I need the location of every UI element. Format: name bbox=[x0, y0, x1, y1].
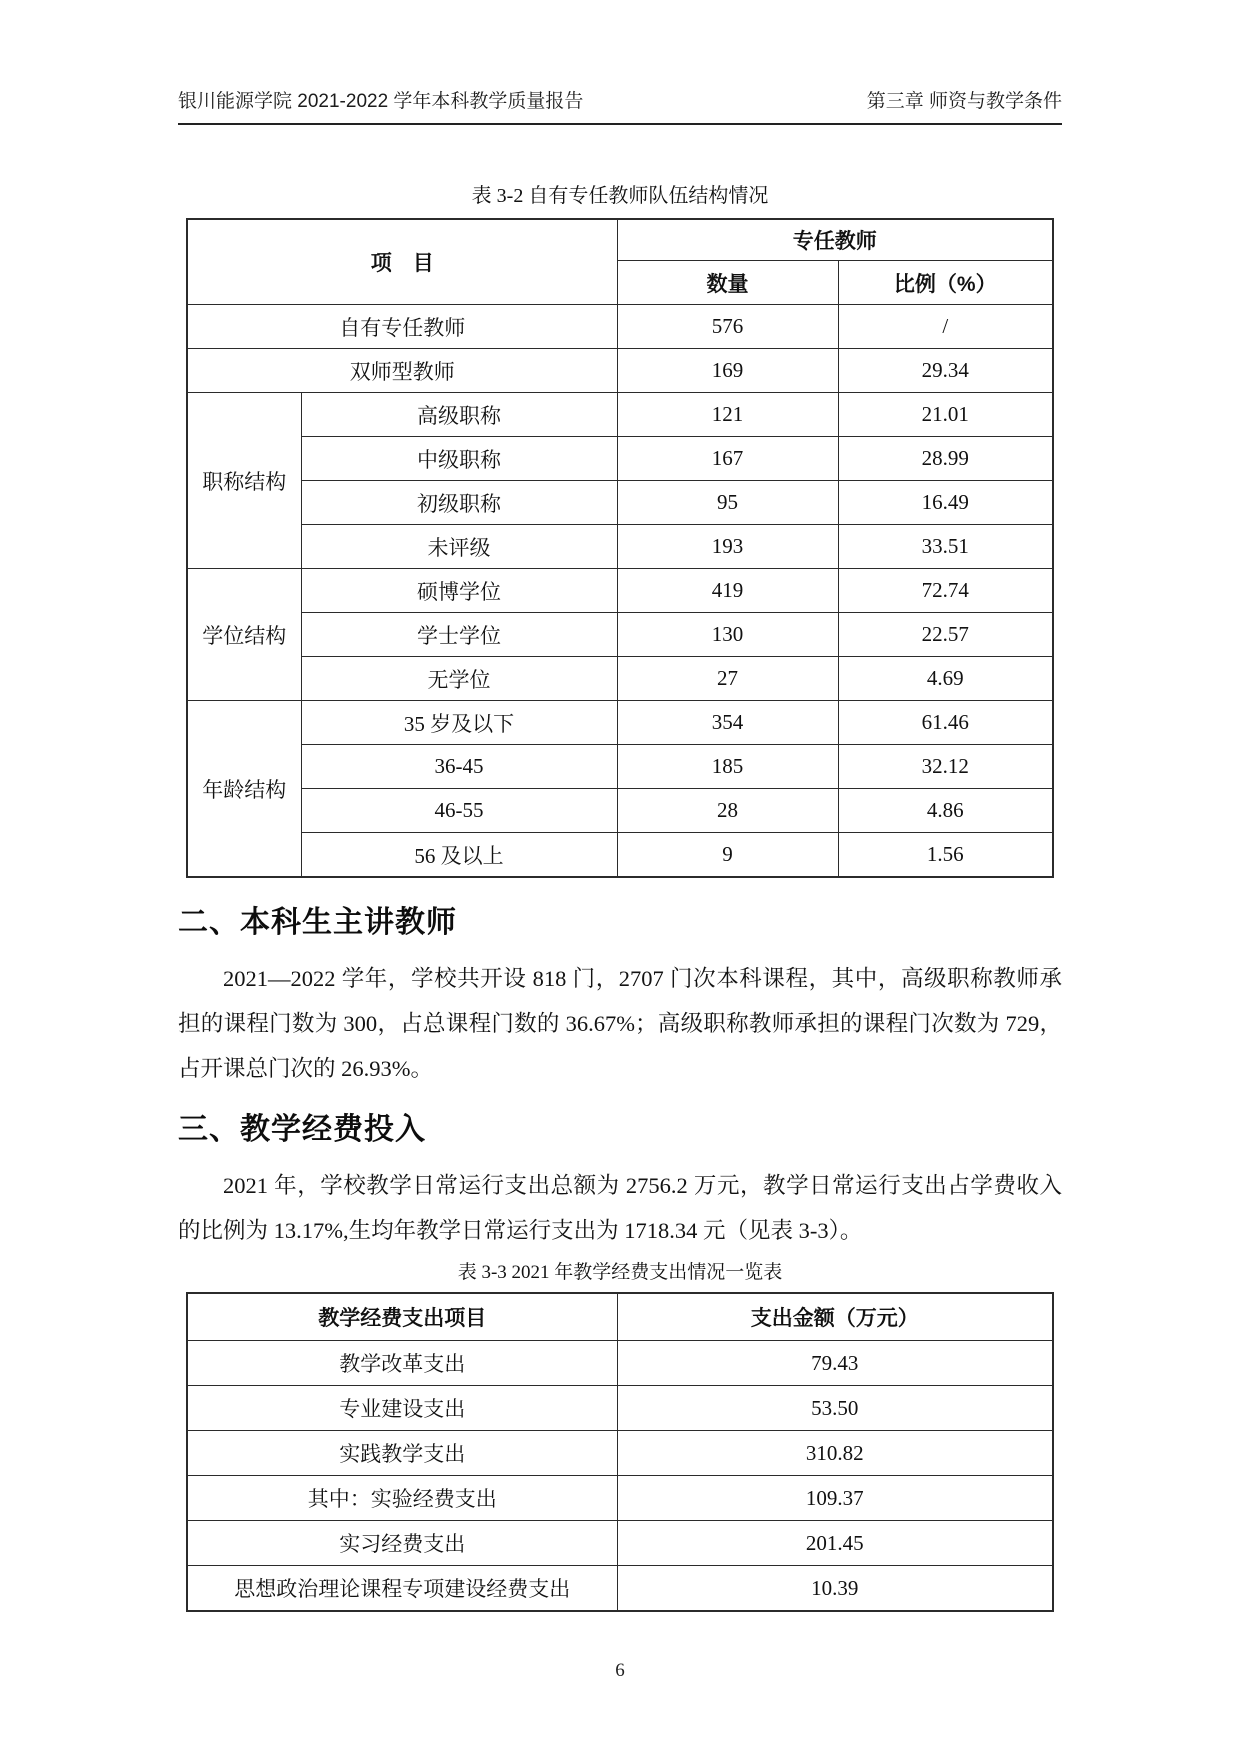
table-row: 初级职称 95 16.49 bbox=[187, 481, 1053, 525]
t32-cell-label: 35 岁及以下 bbox=[301, 701, 617, 745]
table-row: 46-55 28 4.86 bbox=[187, 789, 1053, 833]
table-row: 学士学位 130 22.57 bbox=[187, 613, 1053, 657]
table-3-3: 教学经费支出项目 支出金额（万元） 教学改革支出 79.43 专业建设支出 53… bbox=[186, 1292, 1054, 1612]
t32-cell-label: 未评级 bbox=[301, 525, 617, 569]
t32-header-count: 数量 bbox=[617, 261, 838, 305]
t32-group-label: 学位结构 bbox=[187, 569, 301, 701]
table-row: 年龄结构 35 岁及以下 354 61.46 bbox=[187, 701, 1053, 745]
document-page: 银川能源学院 2021-2022 学年本科教学质量报告 第三章 师资与教学条件 … bbox=[0, 0, 1240, 1753]
t32-cell-ratio: 22.57 bbox=[838, 613, 1053, 657]
t32-cell-ratio: 4.86 bbox=[838, 789, 1053, 833]
t33-cell-value: 53.50 bbox=[617, 1386, 1053, 1431]
t32-group-label: 年龄结构 bbox=[187, 701, 301, 878]
t32-cell-label: 双师型教师 bbox=[187, 349, 617, 393]
section-2-paragraph: 2021—2022 学年，学校共开设 818 门，2707 门次本科课程，其中，… bbox=[178, 956, 1062, 1091]
t32-cell-count: 9 bbox=[617, 833, 838, 878]
table-row: 职称结构 高级职称 121 21.01 bbox=[187, 393, 1053, 437]
t32-cell-ratio: 1.56 bbox=[838, 833, 1053, 878]
table-row: 专业建设支出 53.50 bbox=[187, 1386, 1053, 1431]
page-number: 6 bbox=[178, 1660, 1062, 1682]
t32-cell-ratio: 21.01 bbox=[838, 393, 1053, 437]
t33-cell-value: 310.82 bbox=[617, 1431, 1053, 1476]
t32-cell-count: 167 bbox=[617, 437, 838, 481]
t32-cell-label: 硕博学位 bbox=[301, 569, 617, 613]
t32-cell-label: 46-55 bbox=[301, 789, 617, 833]
t32-cell-ratio: / bbox=[838, 305, 1053, 349]
t32-cell-count: 95 bbox=[617, 481, 838, 525]
t32-cell-label: 学士学位 bbox=[301, 613, 617, 657]
t32-cell-ratio: 28.99 bbox=[838, 437, 1053, 481]
table-row: 36-45 185 32.12 bbox=[187, 745, 1053, 789]
table-3-2: 项 目 专任教师 数量 比例（%） 自有专任教师 576 / 双师型教师 169… bbox=[186, 218, 1054, 878]
t32-cell-ratio: 4.69 bbox=[838, 657, 1053, 701]
t32-header-ratio: 比例（%） bbox=[838, 261, 1053, 305]
t32-cell-label: 初级职称 bbox=[301, 481, 617, 525]
t32-header-group: 专任教师 bbox=[617, 219, 1053, 261]
header-right-chapter: 第三章 师资与教学条件 bbox=[867, 90, 1062, 114]
table-3-2-caption: 表 3-2 自有专任教师队伍结构情况 bbox=[178, 179, 1062, 208]
t32-group-label: 职称结构 bbox=[187, 393, 301, 569]
t32-cell-ratio: 32.12 bbox=[838, 745, 1053, 789]
t32-cell-count: 419 bbox=[617, 569, 838, 613]
t32-header-item: 项 目 bbox=[187, 219, 617, 305]
t33-cell-label: 实践教学支出 bbox=[187, 1431, 617, 1476]
t32-cell-count: 354 bbox=[617, 701, 838, 745]
t32-cell-ratio: 72.74 bbox=[838, 569, 1053, 613]
t32-cell-ratio: 16.49 bbox=[838, 481, 1053, 525]
t32-cell-label: 高级职称 bbox=[301, 393, 617, 437]
table-row: 无学位 27 4.69 bbox=[187, 657, 1053, 701]
t32-cell-count: 121 bbox=[617, 393, 838, 437]
table-row: 学位结构 硕博学位 419 72.74 bbox=[187, 569, 1053, 613]
t32-cell-count: 28 bbox=[617, 789, 838, 833]
t33-header-amount: 支出金额（万元） bbox=[617, 1293, 1053, 1341]
table-row: 思想政治理论课程专项建设经费支出 10.39 bbox=[187, 1566, 1053, 1612]
table-row: 实习经费支出 201.45 bbox=[187, 1521, 1053, 1566]
t33-cell-label: 专业建设支出 bbox=[187, 1386, 617, 1431]
table-row: 双师型教师 169 29.34 bbox=[187, 349, 1053, 393]
t32-cell-count: 169 bbox=[617, 349, 838, 393]
section-3-paragraph: 2021 年，学校教学日常运行支出总额为 2756.2 万元，教学日常运行支出占… bbox=[178, 1163, 1062, 1253]
running-header: 银川能源学院 2021-2022 学年本科教学质量报告 第三章 师资与教学条件 bbox=[178, 90, 1062, 125]
table-row: 中级职称 167 28.99 bbox=[187, 437, 1053, 481]
t32-cell-ratio: 33.51 bbox=[838, 525, 1053, 569]
t32-cell-count: 185 bbox=[617, 745, 838, 789]
t33-header-item: 教学经费支出项目 bbox=[187, 1293, 617, 1341]
table-row: 56 及以上 9 1.56 bbox=[187, 833, 1053, 878]
t32-cell-label: 56 及以上 bbox=[301, 833, 617, 878]
header-left-title: 银川能源学院 2021-2022 学年本科教学质量报告 bbox=[178, 90, 583, 114]
t32-cell-label: 中级职称 bbox=[301, 437, 617, 481]
table-3-3-caption: 表 3-3 2021 年教学经费支出情况一览表 bbox=[178, 1257, 1062, 1284]
t32-cell-label: 自有专任教师 bbox=[187, 305, 617, 349]
t33-cell-value: 201.45 bbox=[617, 1521, 1053, 1566]
table-row: 实践教学支出 310.82 bbox=[187, 1431, 1053, 1476]
t32-cell-count: 193 bbox=[617, 525, 838, 569]
t33-cell-value: 10.39 bbox=[617, 1566, 1053, 1612]
t32-cell-label: 36-45 bbox=[301, 745, 617, 789]
t32-cell-count: 27 bbox=[617, 657, 838, 701]
t33-cell-label: 其中：实验经费支出 bbox=[187, 1476, 617, 1521]
table-row: 其中：实验经费支出 109.37 bbox=[187, 1476, 1053, 1521]
section-heading-2: 二、本科生主讲教师 bbox=[178, 904, 1062, 942]
t33-cell-value: 109.37 bbox=[617, 1476, 1053, 1521]
table-row: 教学经费支出项目 支出金额（万元） bbox=[187, 1293, 1053, 1341]
t32-cell-count: 576 bbox=[617, 305, 838, 349]
t32-cell-ratio: 61.46 bbox=[838, 701, 1053, 745]
t32-cell-ratio: 29.34 bbox=[838, 349, 1053, 393]
table-row: 项 目 专任教师 bbox=[187, 219, 1053, 261]
table-row: 未评级 193 33.51 bbox=[187, 525, 1053, 569]
t32-cell-count: 130 bbox=[617, 613, 838, 657]
table-row: 自有专任教师 576 / bbox=[187, 305, 1053, 349]
table-row: 教学改革支出 79.43 bbox=[187, 1341, 1053, 1386]
t33-cell-label: 实习经费支出 bbox=[187, 1521, 617, 1566]
t33-cell-label: 思想政治理论课程专项建设经费支出 bbox=[187, 1566, 617, 1612]
t33-cell-value: 79.43 bbox=[617, 1341, 1053, 1386]
t33-cell-label: 教学改革支出 bbox=[187, 1341, 617, 1386]
section-heading-3: 三、教学经费投入 bbox=[178, 1111, 1062, 1149]
t32-cell-label: 无学位 bbox=[301, 657, 617, 701]
